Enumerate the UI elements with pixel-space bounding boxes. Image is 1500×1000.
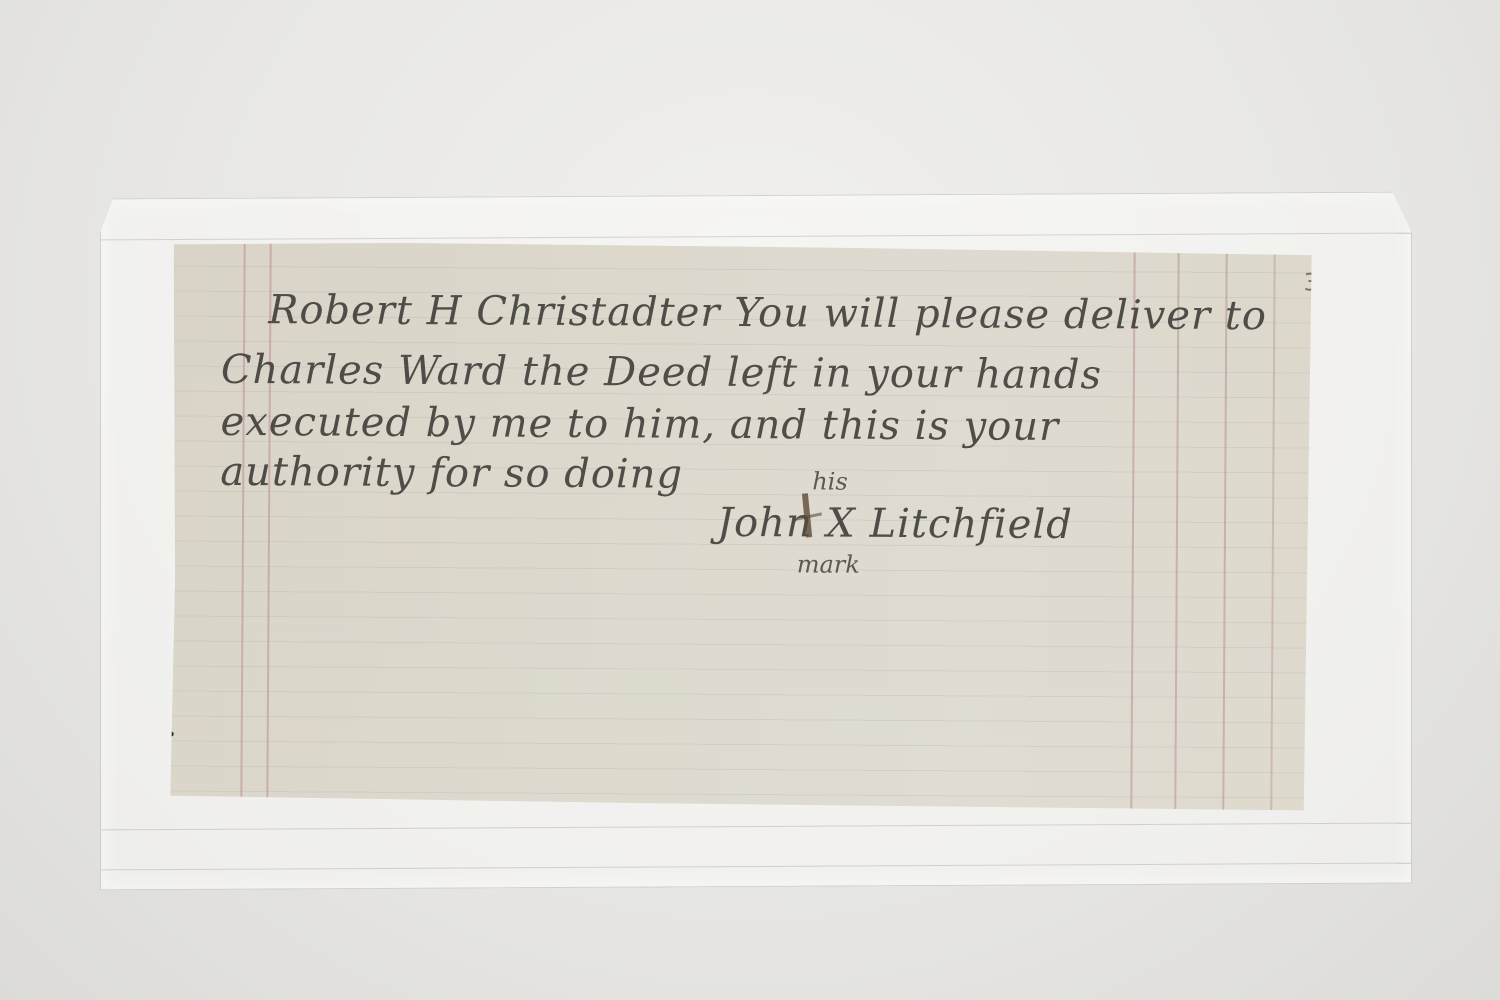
signature-mark: mark [797,550,860,578]
margin-line-left-1 [240,242,245,804]
photograph: 3 Robert H Christadter You will please d… [0,0,1500,1000]
margin-line-right-4 [1270,248,1275,810]
handwritten-line-3: executed by me to him, and this is your [221,402,1060,447]
handwritten-line-1: Robert H Christadter You will please del… [268,290,1267,336]
sleeve-edge-bottom [101,863,1411,871]
sleeve-seam-top [101,233,1411,241]
signature-his: his [812,467,848,495]
handwritten-line-4: authority for so doing [220,452,683,495]
sleeve-seam-bottom [101,823,1411,831]
signature-name: John X Litchfield [717,503,1073,545]
handwritten-line-2: Charles Ward the Deed left in your hands [221,350,1102,395]
document-paper: 3 Robert H Christadter You will please d… [170,242,1311,811]
